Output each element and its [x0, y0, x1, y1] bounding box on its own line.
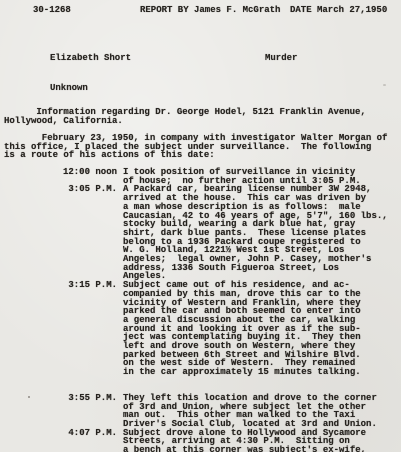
victim-name: Elizabeth Short [50, 54, 131, 63]
scan-speck [28, 396, 30, 398]
surveillance-summary-paragraph: February 23, 1950, in company with inves… [4, 134, 387, 160]
timeline-entry: 3:55 P.M. They left this location and dr… [0, 394, 401, 429]
suspect-name: Unknown [50, 84, 88, 93]
entry-text: They left this location and drove to the… [123, 394, 377, 429]
entry-time: 12:00 noon [0, 168, 117, 177]
report-date: DATE March 27,1950 [290, 6, 387, 15]
scan-speck [383, 84, 386, 86]
file-number: 30-1268 [33, 6, 71, 15]
entry-text: I took position of surveillance in vicin… [123, 168, 361, 185]
timeline-entry: 12:00 noon I took position of surveillan… [0, 168, 401, 185]
timeline-entry: 4:07 P.M. Subject drove alone to Hollywo… [0, 429, 401, 452]
surveillance-timeline: 12:00 noon I took position of surveillan… [0, 168, 401, 452]
entry-text: Subject came out of his residence, and a… [123, 281, 361, 377]
entry-time: 3:05 P.M. [0, 185, 117, 194]
entry-text: A Packard car, bearing license number 3W… [123, 185, 388, 281]
intro-paragraph: Information regarding Dr. George Hodel, … [4, 108, 366, 125]
timeline-entry: 3:15 P.M. Subject came out of his reside… [0, 281, 401, 377]
entry-time: 3:15 P.M. [0, 281, 117, 290]
report-by: REPORT BY James F. McGrath [140, 6, 280, 15]
entry-text: Subject drove alone to Hollywood and Syc… [123, 429, 366, 452]
report-page: 30-1268 REPORT BY James F. McGrath DATE … [0, 0, 401, 452]
timeline-entry: 3:05 P.M. A Packard car, bearing license… [0, 185, 401, 281]
crime-type: Murder [265, 54, 297, 63]
entry-time: 4:07 P.M. [0, 429, 117, 438]
entry-time: 3:55 P.M. [0, 394, 117, 403]
